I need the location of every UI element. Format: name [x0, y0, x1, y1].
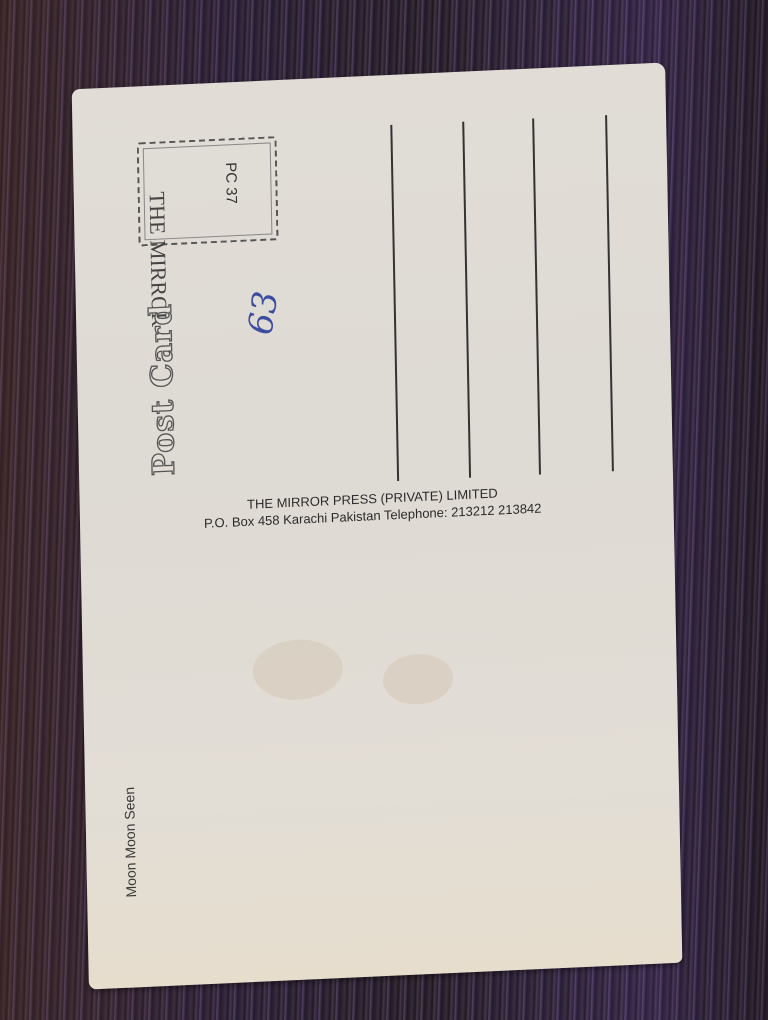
paper-stain: [382, 653, 453, 706]
address-line-4: [605, 115, 613, 471]
handwritten-number: 63: [240, 289, 286, 337]
postcard: THE MIRROR PC 37 Post Card 63 THE MIRROR…: [72, 62, 683, 989]
address-line-1: [390, 125, 398, 481]
publisher-info: THE MIRROR PRESS (PRIVATE) LIMITED P.O. …: [203, 483, 541, 532]
address-line-2: [462, 122, 470, 478]
post-card-title: Post Card: [144, 303, 182, 477]
stamp-code: PC 37: [222, 162, 240, 204]
photo-caption: Moon Moon Seen: [121, 787, 139, 898]
paper-stain: [252, 638, 343, 702]
stamp-box: THE MIRROR PC 37: [137, 136, 279, 246]
address-line-3: [532, 118, 540, 474]
